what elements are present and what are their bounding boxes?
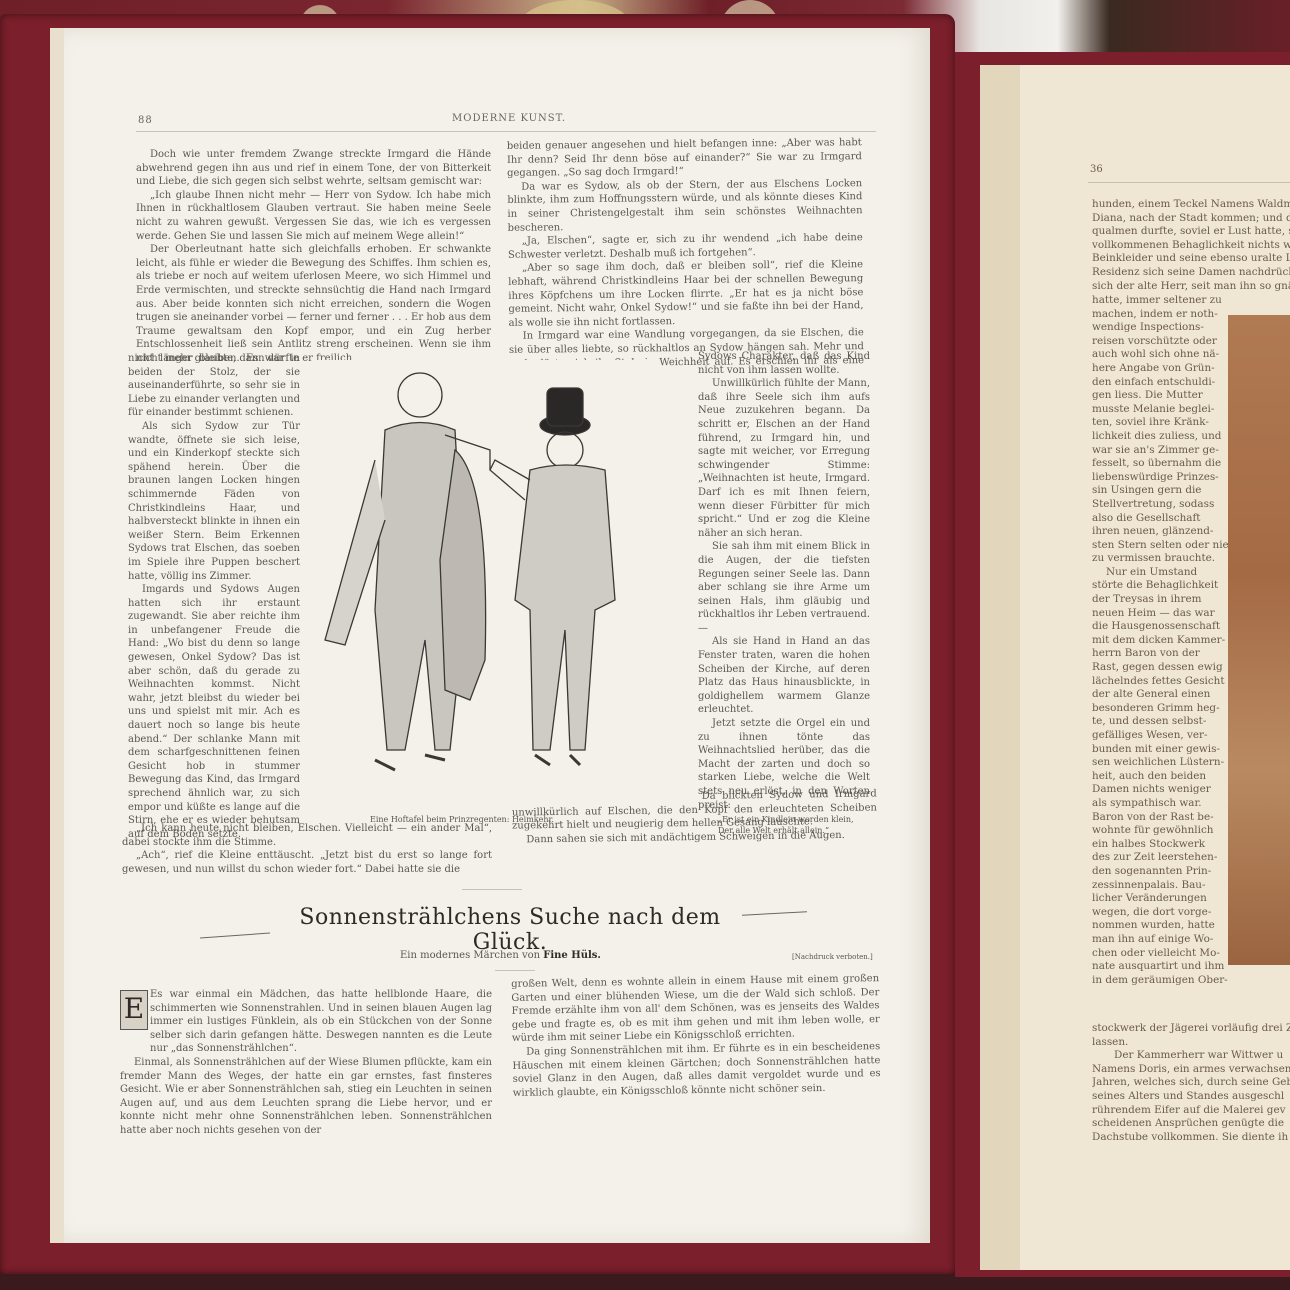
paragraph: „Ach“, rief die Kleine enttäuscht. „Jetz… [122,849,492,876]
story-column-2: großen Welt, denn es wohnte allein in ei… [511,972,881,1100]
page-number: 88 [138,115,153,126]
story-subtitle: Ein modernes Märchen von Fine Hüls. [400,950,601,961]
text-line: lichkeit dies zuliess, und [1092,430,1210,444]
text-line: fesselt, so übernahm die [1092,457,1210,471]
text-line: qualmen durfte, soviel er Lust hatte, so [1092,225,1290,239]
text-line: bunden mit einer gewis- [1092,743,1210,757]
text-line: Damen nichts weniger [1092,783,1210,797]
text-line: te, und dessen selbst- [1092,715,1210,729]
text-line: zessinnenpalais. Bau- [1092,879,1210,893]
text-line: Dachstube vollkommen. Sie diente ih [1092,1131,1290,1145]
paragraph: „Ich kann heute nicht bleiben, Elschen. … [122,822,492,849]
text-line: mit dem dicken Kammer- [1092,634,1210,648]
subtitle-text: Ein modernes Märchen von [400,950,540,961]
text-line: scheidenen Ansprüchen genügte die [1092,1117,1290,1131]
paragraph: Da war es Sydow, als ob der Stern, der a… [507,177,863,235]
paragraph: Der Oberleutnant hatte sich gleichfalls … [136,243,491,365]
paragraph: Sie sah ihm mit einem Blick in die Augen… [698,540,870,635]
paragraph: Es war einmal ein Mädchen, das hatte hel… [150,988,492,1056]
author-name: Fine Hüls. [543,950,601,961]
text-line: Beinkleider und seine ebenso uralte Lode [1092,252,1290,266]
text-column-1-bottom: „Ich kann heute nicht bleiben, Elschen. … [122,822,492,876]
illustration-two-men-coat [315,360,660,805]
text-line: seines Alters und Standes ausgeschl [1092,1090,1290,1104]
paragraph: Sydows Charakter, daß das Kind nicht von… [698,350,870,377]
text-line: wendige Inspections- [1092,321,1210,335]
text-line: neuen Heim — das war [1092,607,1210,621]
text-line: hatte, immer seltener zu [1092,294,1210,308]
text-line: liebenswürdige Prinzes- [1092,471,1210,485]
paragraph: Da ging Sonnenstrählchen mit ihm. Er füh… [512,1040,881,1100]
text-line: lächelndes fettes Gesicht [1092,675,1210,689]
paragraph: Unwillkürlich fühlte der Mann, daß ihre … [698,377,870,540]
text-line: Der Kammerherr war Wittwer u [1092,1049,1290,1063]
text-line: gefälliges Wesen, ver- [1092,729,1210,743]
text-line: here Angabe von Grün- [1092,362,1210,376]
text-line: der alte General einen [1092,688,1210,702]
text-line: ten, soviel ihre Kränk- [1092,416,1210,430]
text-line: reisen vorschützte oder [1092,335,1210,349]
text-line: Rast, gegen dessen ewig [1092,661,1210,675]
text-line: störte die Behaglichkeit [1092,579,1210,593]
text-line: wohnte für gewöhnlich [1092,824,1210,838]
running-head: MODERNE KUNST. [452,113,566,124]
text-column-2-narrow: Sydows Charakter, daß das Kind nicht von… [698,350,870,836]
text-line: wegen, die dort vorge- [1092,906,1210,920]
text-line: vollkommenen Behaglichkeit nichts weiter [1092,239,1290,253]
text-line: heit, auch den beiden [1092,770,1210,784]
text-line: sen weichlichen Lüstern- [1092,756,1210,770]
text-line: als sympathisch war. [1092,797,1210,811]
color-plate-illustration [1228,315,1290,965]
paragraph: beiden genauer angesehen und hielt befan… [507,136,862,180]
text-line: hunden, einem Teckel Namens Waldmann u [1092,198,1290,212]
text-line: zu vermissen brauchte. [1092,552,1210,566]
text-line: sin Usingen gern die [1092,484,1210,498]
text-line: gen liess. Die Mutter [1092,389,1210,403]
text-line: war sie an's Zimmer ge- [1092,444,1210,458]
text-column-1: Doch wie unter fremdem Zwange streckte I… [136,148,491,366]
text-line: Diana, nach der Stadt kommen; und da er [1092,212,1290,226]
text-line: nate ausquartirt und ihm [1092,960,1210,974]
text-line: sten Stern selten oder nie [1092,539,1210,553]
text-line: musste Melanie beglei- [1092,403,1210,417]
header-rule [136,131,876,132]
text-line: Residenz sich seine Damen nachdrücklichs… [1092,266,1290,280]
right-text-wide-top: hunden, einem Teckel Namens Waldmann u D… [1092,198,1290,293]
text-line: sich der alte Herr, seit man ihn so gnäd… [1092,280,1290,294]
text-line: nommen wurden, hatte [1092,919,1210,933]
paragraph: „Aber so sage ihm doch, daß er bleiben s… [508,258,864,330]
text-line: rührendem Eifer auf die Malerei gev [1092,1104,1290,1118]
story-column-1: Es war einmal ein Mädchen, das hatte hel… [120,988,492,1138]
paragraph: Als sie Hand in Hand an das Fenster trat… [698,635,870,717]
text-line: machen, indem er noth- [1092,308,1210,322]
paragraph: großen Welt, denn es wohnte allein in ei… [511,972,880,1046]
right-text-wide-bottom: stockwerk der Jägerei vorläufig drei Z l… [1092,1022,1290,1144]
text-line: in dem geräumigen Ober- [1092,974,1210,988]
text-line: also die Gesellschaft [1092,512,1210,526]
paragraph: „Ich glaube Ihnen nicht mehr — Herr von … [136,189,491,243]
text-line: Jahren, welches sich, durch seine Gebre [1092,1076,1290,1090]
illustration-caption: Eine Hoftafel beim Prinzregenten: Heimke… [370,815,554,824]
header-rule-right [1088,182,1290,183]
text-line: auch wohl sich ohne nä- [1092,348,1210,362]
text-line: herrn Baron von der [1092,647,1210,661]
page-number-right: 36 [1090,163,1103,177]
text-line: den einfach entschuldi- [1092,376,1210,390]
text-column-2: beiden genauer angesehen und hielt befan… [507,136,865,384]
text-line: man ihn auf einige Wo- [1092,933,1210,947]
text-line: den sogenannten Prin- [1092,865,1210,879]
text-line: Stellvertretung, sodass [1092,498,1210,512]
text-line: lassen. [1092,1036,1290,1050]
divider [495,970,535,971]
paragraph: Einmal, als Sonnenstrählchen auf der Wie… [120,1056,492,1138]
text-line: Namens Doris, ein armes verwachsen [1092,1063,1290,1077]
paragraph: Doch wie unter fremdem Zwange streckte I… [136,148,491,189]
text-line: stockwerk der Jägerei vorläufig drei Z [1092,1022,1290,1036]
engraving-illustration [315,360,660,805]
text-column-1-narrow: nicht länger bleiben. Es war in beiden d… [128,352,300,841]
text-line: des zur Zeit leerstehen- [1092,851,1210,865]
paragraph: „Ja, Elschen“, sagte er, sich zu ihr wen… [508,231,863,262]
text-line: Nur ein Umstand [1092,566,1210,580]
paragraph: Als sich Sydow zur Tür wandte, öffnete s… [128,420,300,583]
text-line: ein halbes Stockwerk [1092,838,1210,852]
text-line: die Hausgenossenschaft [1092,620,1210,634]
text-line: Baron von der Rast be- [1092,811,1210,825]
divider [462,889,522,890]
paragraph: nicht länger bleiben. Es war in beiden d… [128,352,300,420]
text-line: ihren neuen, glänzend- [1092,525,1210,539]
right-text-narrow: hatte, immer seltener zu machen, indem e… [1092,294,1210,987]
story-title: Sonnenstrählchens Suche nach dem Glück. [280,905,740,955]
text-line: besonderen Grimm heg- [1092,702,1210,716]
text-line: der Treysas in ihrem [1092,593,1210,607]
reprint-notice: [Nachdruck verboten.] [792,953,873,961]
text-line: chen oder vielleicht Mo- [1092,947,1210,961]
paragraph: Imgards und Sydows Augen hatten sich ihr… [128,583,300,841]
text-line: licher Veränderungen [1092,892,1210,906]
